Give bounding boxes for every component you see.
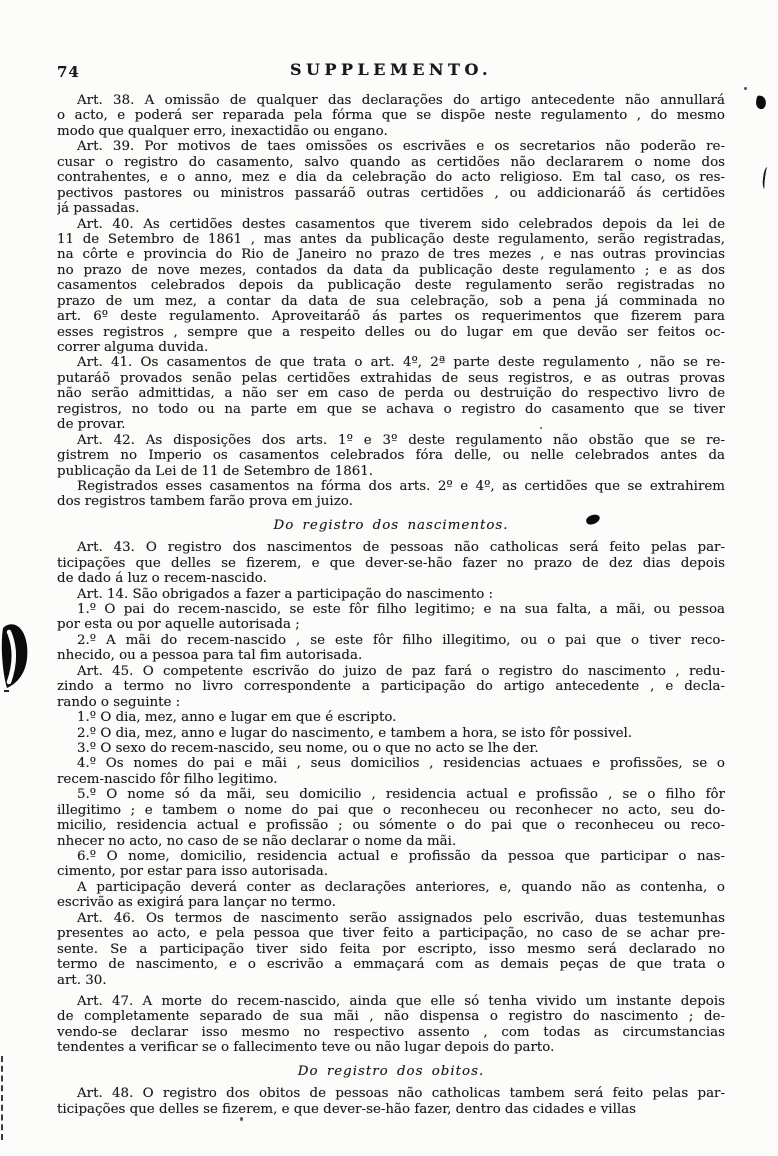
text-line: vendo-se declarar isso mesmo no respecti… bbox=[57, 1025, 725, 1040]
paragraph: 1.º O dia, mez, anno e lugar em que é es… bbox=[57, 710, 725, 725]
text-line: registros, no todo ou na parte em que se… bbox=[57, 402, 725, 417]
page-number: 74 bbox=[57, 63, 80, 81]
text-line: Art. 40. As certidões destes casamentos … bbox=[57, 217, 725, 232]
text-line: Art. 48. O registro dos obitos de pessoa… bbox=[57, 1086, 725, 1101]
text-line: Art. 42. As disposições dos arts. 1º e 3… bbox=[57, 433, 725, 448]
page-header: 74 SUPPLEMENTO. bbox=[57, 60, 725, 82]
text-line: o acto, e poderá ser reparada pela fórma… bbox=[57, 108, 725, 123]
text-line: art. 6º deste regulamento. Aproveitaráõ … bbox=[57, 309, 725, 324]
text-line: nhecer no acto, no caso de se não declar… bbox=[57, 834, 725, 849]
ink-speck bbox=[744, 87, 747, 90]
paragraph: 5.º O nome só da mãi, seu domicilio , re… bbox=[57, 787, 725, 849]
text-line: micilio, residencia actual e profissão ;… bbox=[57, 818, 725, 833]
text-line: de dado á luz o recem-nascido. bbox=[57, 571, 725, 586]
text-line: 6.º O nome, domicilio, residencia actual… bbox=[57, 849, 725, 864]
text-line: por esta ou por aquelle autorisada ; bbox=[57, 617, 725, 632]
text-line: illegitimo ; e tambem o nome do pai que … bbox=[57, 803, 725, 818]
text-line: de provar. bbox=[57, 417, 725, 432]
text-line: Art. 46. Os termos de nascimento serão a… bbox=[57, 911, 725, 926]
text-line: Art. 41. Os casamentos de que trata o ar… bbox=[57, 355, 725, 370]
text-line: Art. 14. São obrigados a fazer a partici… bbox=[57, 587, 725, 602]
text-line: tendentes a verificar se o fallecimento … bbox=[57, 1040, 725, 1055]
text-line: Art. 45. O competente escrivão do juizo … bbox=[57, 664, 725, 679]
section-heading: Do registro dos nascimentos. bbox=[57, 518, 725, 533]
text-line: de completamente separado de sua mãi , n… bbox=[57, 1009, 725, 1024]
text-line: 1.º O dia, mez, anno e lugar em que é es… bbox=[57, 710, 725, 725]
text-line: 1.º O pai do recem-nascido, se este fôr … bbox=[57, 602, 725, 617]
section-heading: Do registro dos obitos. bbox=[57, 1064, 725, 1079]
text-line: 11 de Setembro de 1861 , mas antes da pu… bbox=[57, 232, 725, 247]
paragraph: Art. 38. A omissão de qualquer das decla… bbox=[57, 93, 725, 139]
text-line: cimento, por estar para isso autorisada. bbox=[57, 864, 725, 879]
scratch-mark-right-edge bbox=[762, 167, 771, 190]
text-line: A participação deverá conter as declaraç… bbox=[57, 880, 725, 895]
document-body: Art. 38. A omissão de qualquer das decla… bbox=[57, 93, 725, 1117]
paragraph: Art. 42. As disposições dos arts. 1º e 3… bbox=[57, 433, 725, 479]
text-line: zindo a termo no livro correspondente a … bbox=[57, 679, 725, 694]
text-line: modo que qualquer erro, inexactidão ou e… bbox=[57, 124, 725, 139]
text-line: sente. Se a participação tiver sido feit… bbox=[57, 942, 725, 957]
paragraph: Art. 48. O registro dos obitos de pessoa… bbox=[57, 1086, 725, 1117]
paragraph: 1.º O pai do recem-nascido, se este fôr … bbox=[57, 602, 725, 633]
text-line: Art. 43. O registro dos nascimentos de p… bbox=[57, 540, 725, 555]
text-line: prazo de um mez, a contar da data de sua… bbox=[57, 294, 725, 309]
text-line: ticipações que delles se fizerem, e que … bbox=[57, 1102, 725, 1117]
text-line: presentes ao acto, e pela pessoa que tiv… bbox=[57, 926, 725, 941]
paragraph: Art. 45. O competente escrivão do juizo … bbox=[57, 664, 725, 710]
text-line: Registrados esses casamentos na fórma do… bbox=[57, 479, 725, 494]
running-title: SUPPLEMENTO. bbox=[57, 60, 725, 79]
paragraph: Art. 43. O registro dos nascimentos de p… bbox=[57, 540, 725, 586]
ink-blot-top-right bbox=[755, 95, 767, 110]
text-line: pectivos pastores ou ministros passaráõ … bbox=[57, 186, 725, 201]
text-line: Art. 47. A morte do recem-nascido, ainda… bbox=[57, 994, 725, 1009]
text-line: Art. 39. Por motivos de taes omissões os… bbox=[57, 139, 725, 154]
paragraph: 2.º A mãi do recem-nascido , se este fôr… bbox=[57, 633, 725, 664]
ink-blot-left-margin bbox=[0, 618, 30, 694]
paragraph: Registrados esses casamentos na fórma do… bbox=[57, 479, 725, 510]
text-line: 4.º Os nomes do pai e mãi , seus domicil… bbox=[57, 756, 725, 771]
paragraph: A participação deverá conter as declaraç… bbox=[57, 880, 725, 911]
text-line: já passadas. bbox=[57, 201, 725, 216]
text-line: termo de nascimento, e o escrivão a emma… bbox=[57, 957, 725, 972]
text-line: 2.º A mãi do recem-nascido , se este fôr… bbox=[57, 633, 725, 648]
paragraph: Art. 14. São obrigados a fazer a partici… bbox=[57, 587, 725, 602]
ink-speck bbox=[240, 1117, 243, 1121]
text-line: cusar o registro do casamento, salvo qua… bbox=[57, 155, 725, 170]
text-line: rando o seguinte : bbox=[57, 695, 725, 710]
text-line: art. 30. bbox=[57, 973, 725, 988]
text-line: contrahentes, e o anno, mez e dia da cel… bbox=[57, 170, 725, 185]
text-line: no prazo de nove mezes, contados da data… bbox=[57, 263, 725, 278]
text-line: Art. 38. A omissão de qualquer das decla… bbox=[57, 93, 725, 108]
text-line: publicação da Lei de 11 de Setembro de 1… bbox=[57, 464, 725, 479]
text-line: ticipações que delles se fizerem, e que … bbox=[57, 556, 725, 571]
scanned-document-page: 74 SUPPLEMENTO. Art. 38. A omissão de qu… bbox=[0, 0, 778, 1156]
text-line: na côrte e provincia do Rio de Janeiro n… bbox=[57, 247, 725, 262]
paragraph: 4.º Os nomes do pai e mãi , seus domicil… bbox=[57, 756, 725, 787]
text-line: escrivão as exigirá para lançar no termo… bbox=[57, 895, 725, 910]
text-line: dos registros tambem farão prova em juiz… bbox=[57, 494, 725, 509]
text-line: recem-nascido fôr filho legitimo. bbox=[57, 772, 725, 787]
paragraph: 6.º O nome, domicilio, residencia actual… bbox=[57, 849, 725, 880]
paragraph: Art. 46. Os termos de nascimento serão a… bbox=[57, 911, 725, 988]
text-line: putaráõ provados senão pelas certidões e… bbox=[57, 371, 725, 386]
text-line: 2.º O dia, mez, anno e lugar do nascimen… bbox=[57, 726, 725, 741]
paragraph: Art. 40. As certidões destes casamentos … bbox=[57, 217, 725, 356]
dashed-line-left-edge bbox=[1, 1056, 3, 1140]
text-line: correr alguma duvida. bbox=[57, 340, 725, 355]
paragraph: Art. 47. A morte do recem-nascido, ainda… bbox=[57, 994, 725, 1056]
text-line: casamentos celebrados depois da publicaç… bbox=[57, 278, 725, 293]
paragraph: Art. 41. Os casamentos de que trata o ar… bbox=[57, 355, 725, 432]
text-line: 5.º O nome só da mãi, seu domicilio , re… bbox=[57, 787, 725, 802]
paragraph: Art. 39. Por motivos de taes omissões os… bbox=[57, 139, 725, 216]
text-line: não serão admittidas, a não ser em caso … bbox=[57, 386, 725, 401]
text-line: 3.º O sexo do recem-nascido, seu nome, o… bbox=[57, 741, 725, 756]
paragraph: 3.º O sexo do recem-nascido, seu nome, o… bbox=[57, 741, 725, 756]
text-line: nhecido, ou a pessoa para tal fim autori… bbox=[57, 648, 725, 663]
text-line: gistrem no Imperio os casamentos celebra… bbox=[57, 448, 725, 463]
text-line: esses registros , sempre que a respeito … bbox=[57, 325, 725, 340]
paragraph: 2.º O dia, mez, anno e lugar do nascimen… bbox=[57, 726, 725, 741]
